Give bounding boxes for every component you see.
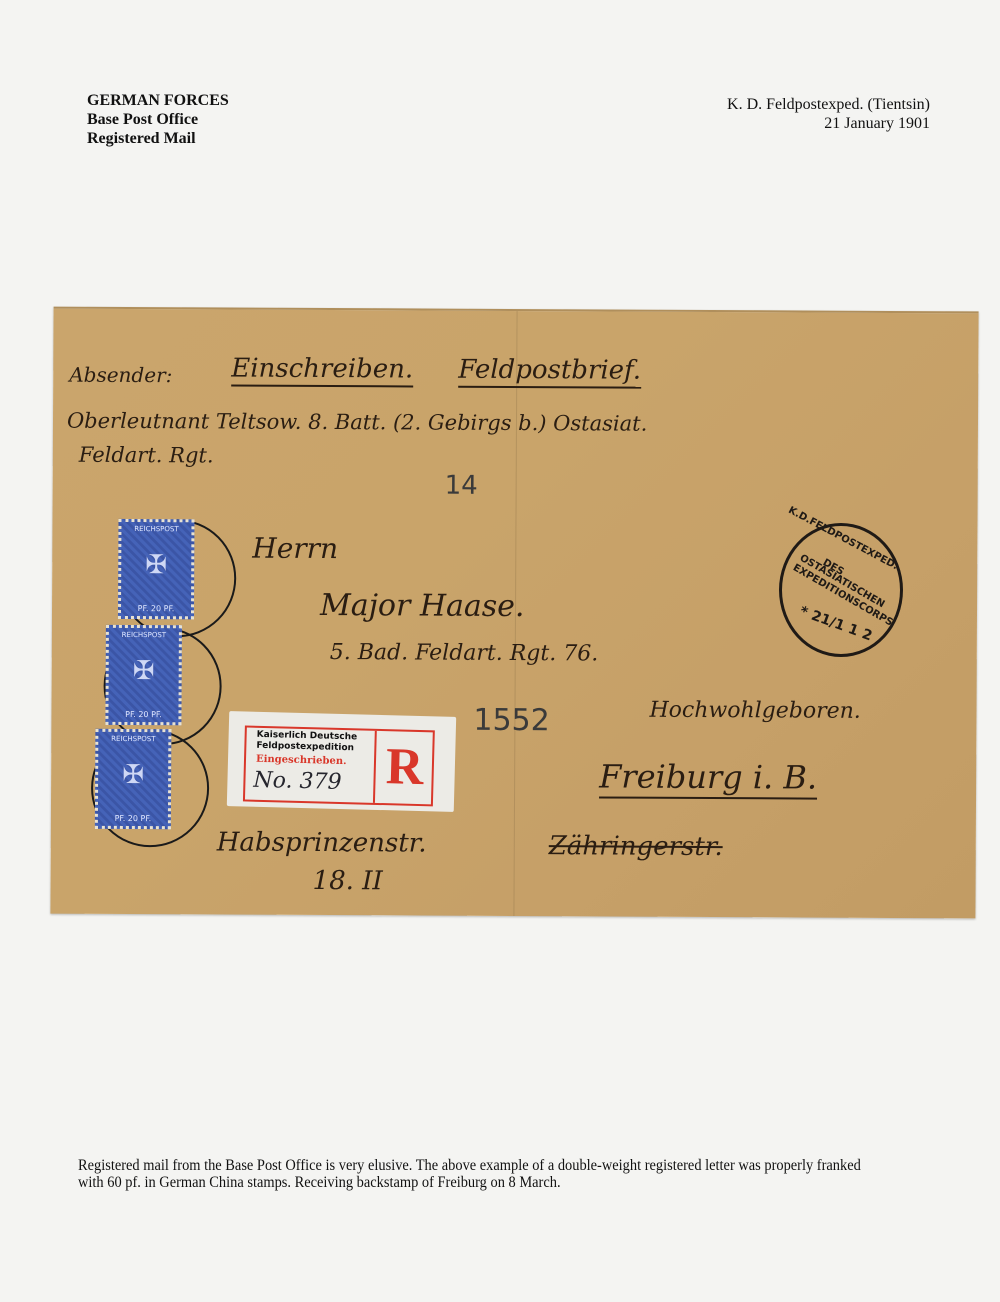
stamp-1-value: PF. 20 PF.: [121, 604, 191, 613]
stamp-2-value: PF. 20 PF.: [108, 710, 178, 719]
pencil-number-1552: 1552: [473, 703, 550, 738]
salutation: Herrn: [252, 532, 338, 565]
postmark-date: 21 January 1901: [727, 114, 930, 133]
stamp-3-value: PF. 20 PF.: [98, 814, 168, 823]
street-number: 18. II: [313, 866, 383, 896]
stamp-1: REICHSPOST ✠ PF. 20 PF.: [118, 519, 195, 619]
service-einschreiben: Einschreiben.: [231, 354, 413, 388]
stamp-2-top: REICHSPOST: [109, 631, 179, 639]
description-caption: Registered mail from the Base Post Offic…: [78, 1157, 878, 1191]
eagle-icon: ✠: [121, 550, 191, 580]
sender-label: Absender:: [69, 363, 172, 388]
eagle-icon: ✠: [109, 656, 179, 686]
heading-line-1: GERMAN FORCES: [87, 91, 229, 110]
registration-label-frame: Kaiserlich Deutsche Feldpostexpedition E…: [243, 725, 435, 806]
label-line-3: Eingeschrieben.: [256, 754, 347, 767]
registration-label: Kaiserlich Deutsche Feldpostexpedition E…: [227, 711, 456, 812]
sender-line: Oberleutnant Teltsow. 8. Batt. (2. Gebir…: [67, 409, 647, 436]
heading-line-2: Base Post Office: [87, 110, 229, 129]
postmark-office: K. D. Feldpostexped. (Tientsin): [727, 95, 930, 114]
addressee-unit: 5. Bad. Feldart. Rgt. 76.: [330, 640, 599, 666]
postmark-info: K. D. Feldpostexped. (Tientsin) 21 Janua…: [727, 95, 930, 133]
label-line-2: Feldpostexpedition: [256, 741, 354, 754]
registration-r: R: [385, 737, 424, 798]
page-heading: GERMAN FORCES Base Post Office Registere…: [87, 91, 229, 148]
stamp-3-top: REICHSPOST: [98, 735, 168, 743]
feldpost-cancel: K.D.FELDPOSTEXPED. DES OSTASIATISCHEN EX…: [779, 523, 903, 657]
stamp-2: REICHSPOST ✠ PF. 20 PF.: [105, 625, 182, 725]
pencil-number-14: 14: [445, 471, 478, 501]
eagle-icon: ✠: [98, 760, 168, 790]
destination-city: Freiburg i. B.: [599, 757, 817, 799]
stamp-1-top: REICHSPOST: [121, 525, 191, 533]
sender-line-2: Feldart. Rgt.: [79, 443, 214, 468]
label-divider: [373, 731, 377, 803]
honorific: Hochwohlgeboren.: [649, 698, 860, 724]
service-feldpostbrief: Feldpostbrief.: [458, 355, 641, 389]
street-forwarded: Habsprinzenstr.: [217, 827, 427, 858]
heading-line-3: Registered Mail: [87, 129, 229, 148]
stamp-3: REICHSPOST ✠ PF. 20 PF.: [95, 729, 172, 829]
street-crossed-out: Zähringerstr.: [549, 831, 723, 862]
registration-number: No. 379: [253, 768, 342, 795]
addressee-name: Major Haase.: [320, 588, 525, 624]
